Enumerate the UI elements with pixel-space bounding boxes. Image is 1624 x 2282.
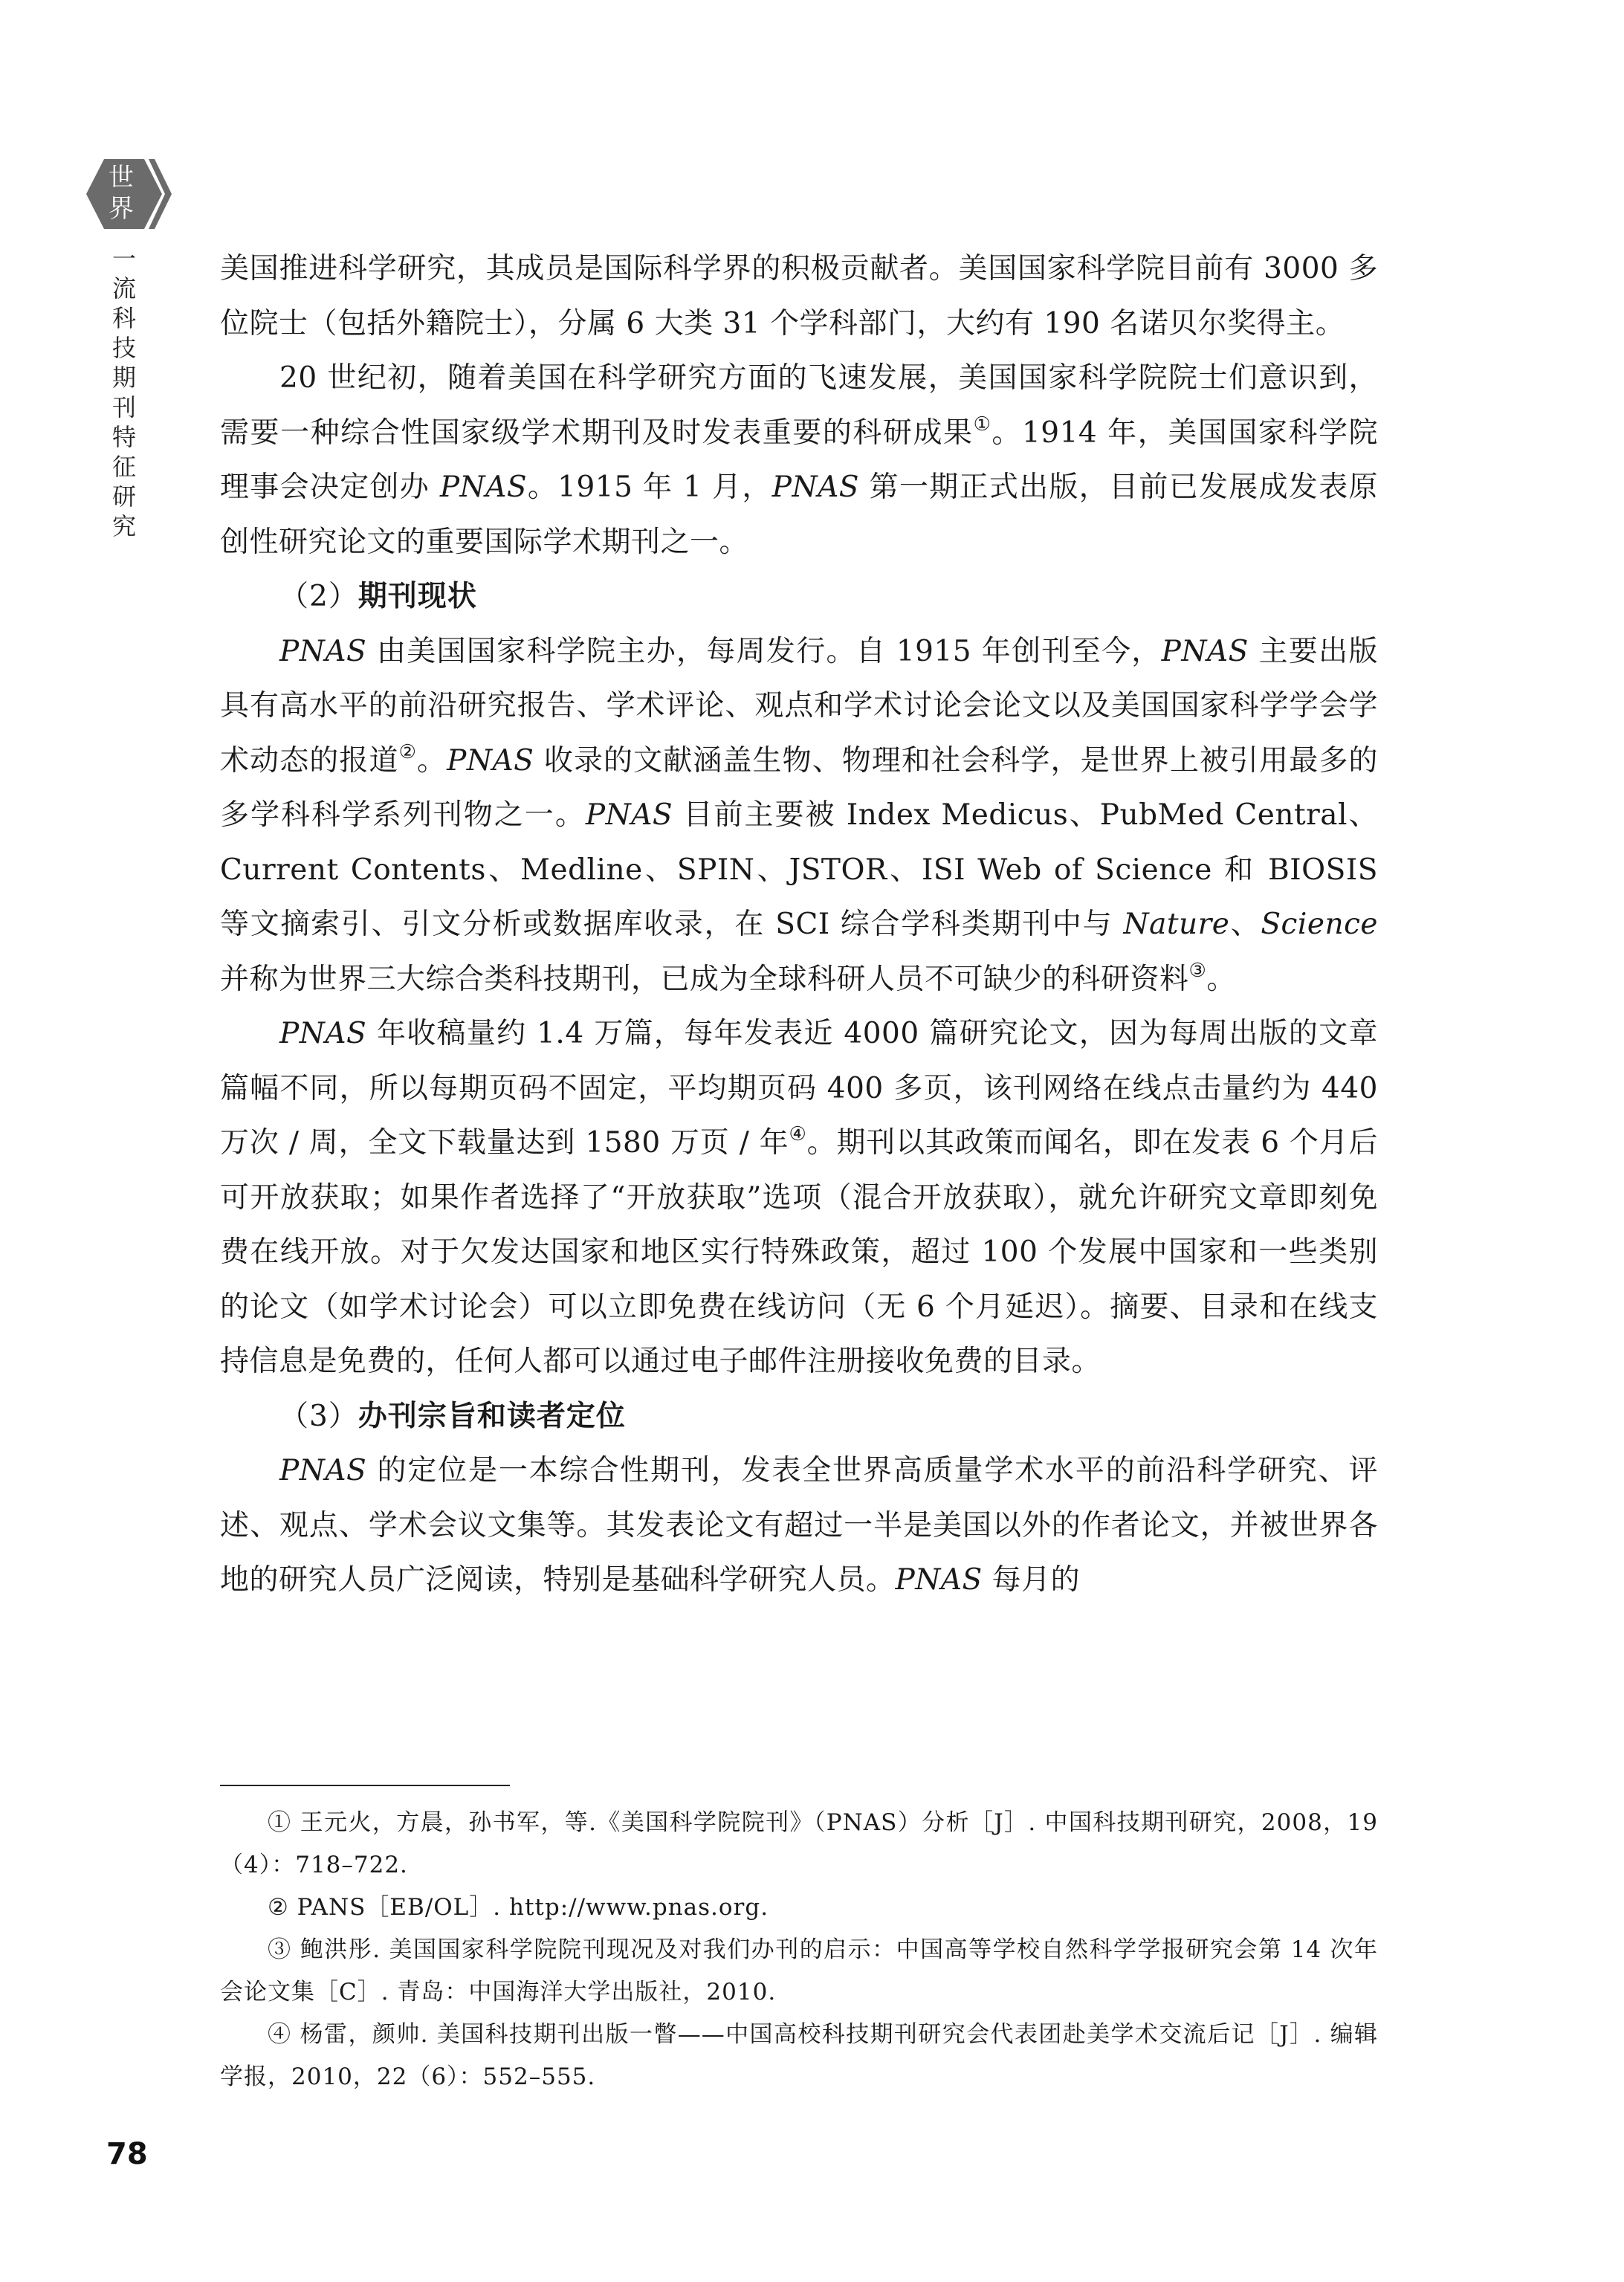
- running-head-char: 特: [109, 422, 140, 452]
- section-heading-current-status: （2）期刊现状: [220, 569, 1378, 624]
- journal-name: PNAS: [896, 1563, 983, 1597]
- footnote-mark: ④: [268, 2021, 291, 2048]
- paragraph-volume-and-access: PNAS 年收稿量约 1.4 万篇，每年发表近 4000 篇研究论文，因为每周出…: [220, 1006, 1378, 1389]
- running-head-char: 科: [109, 303, 140, 333]
- paragraph-positioning: PNAS 的定位是一本综合性期刊，发表全世界高质量学术水平的前沿科学研究、评述、…: [220, 1444, 1378, 1608]
- running-head-char: 一: [109, 244, 140, 274]
- badge-char: 界: [106, 193, 136, 224]
- paragraph-nas-members: 美国推进科学研究，其成员是国际科学界的积极贡献者。美国国家科学院目前有 3000…: [220, 242, 1378, 351]
- journal-name: PNAS: [279, 635, 366, 668]
- footnote-2: ② PANS［EB/OL］. http://www.pnas.org.: [220, 1887, 1378, 1929]
- footnote-mark: ①: [268, 1809, 291, 1836]
- footnote-divider: [220, 1785, 510, 1786]
- journal-name: PNAS: [1162, 635, 1249, 668]
- section-heading-aims-and-readership: （3）办刊宗旨和读者定位: [220, 1389, 1378, 1444]
- running-head-char: 流: [109, 274, 140, 303]
- journal-name: Nature: [1123, 908, 1229, 941]
- paragraph-current-status: PNAS 由美国国家科学院主办，每周发行。自 1915 年创刊至今，PNAS 主…: [220, 624, 1378, 1007]
- footnote-mark: ②: [268, 1894, 289, 1921]
- footnote-1: ① 王元火，方晨，孙书军，等.《美国科学院院刊》（PNAS）分析［J］. 中国科…: [220, 1802, 1378, 1887]
- paragraph-pnas-history: 20 世纪初，随着美国在科学研究方面的飞速发展，美国国家科学院院士们意识到，需要…: [220, 351, 1378, 569]
- journal-name: PNAS: [279, 1017, 366, 1050]
- footnote-ref-2[interactable]: ②: [399, 741, 417, 763]
- page-number: 78: [106, 2137, 148, 2171]
- running-head-char: 期: [109, 363, 140, 392]
- running-head-char: 研: [109, 482, 140, 511]
- footnote-ref-3[interactable]: ③: [1189, 960, 1207, 982]
- footnote-mark: ③: [268, 1936, 291, 1963]
- badge-char: 世: [106, 162, 136, 193]
- journal-name: PNAS: [279, 1454, 366, 1487]
- badge-text: 世 界: [106, 162, 136, 224]
- footnotes: ① 王元火，方晨，孙书军，等.《美国科学院院刊》（PNAS）分析［J］. 中国科…: [220, 1802, 1378, 2098]
- running-head-char: 究: [109, 511, 140, 541]
- chapter-badge: 世 界: [86, 158, 172, 230]
- footnote-3: ③ 鲍洪彤. 美国国家科学院院刊现况及对我们办刊的启示：中国高等学校自然科学学报…: [220, 1929, 1378, 2014]
- body-text: 美国推进科学研究，其成员是国际科学界的积极贡献者。美国国家科学院目前有 3000…: [220, 242, 1378, 1608]
- journal-name: PNAS: [440, 471, 527, 504]
- footnote-4: ④ 杨雷，颜帅. 美国科技期刊出版一瞥——中国高校科技期刊研究会代表团赴美学术交…: [220, 2014, 1378, 2098]
- footnote-ref-4[interactable]: ④: [789, 1123, 807, 1145]
- footnote-ref-1[interactable]: ①: [974, 413, 992, 436]
- journal-name: PNAS: [772, 471, 859, 504]
- running-head-char: 技: [109, 333, 140, 363]
- running-head-char: 征: [109, 452, 140, 482]
- journal-name: PNAS: [447, 744, 534, 778]
- journal-name: Science: [1261, 908, 1378, 941]
- journal-name: PNAS: [586, 798, 673, 832]
- running-head-vertical: 一 流 科 技 期 刊 特 征 研 究: [109, 244, 140, 541]
- running-head-char: 刊: [109, 392, 140, 422]
